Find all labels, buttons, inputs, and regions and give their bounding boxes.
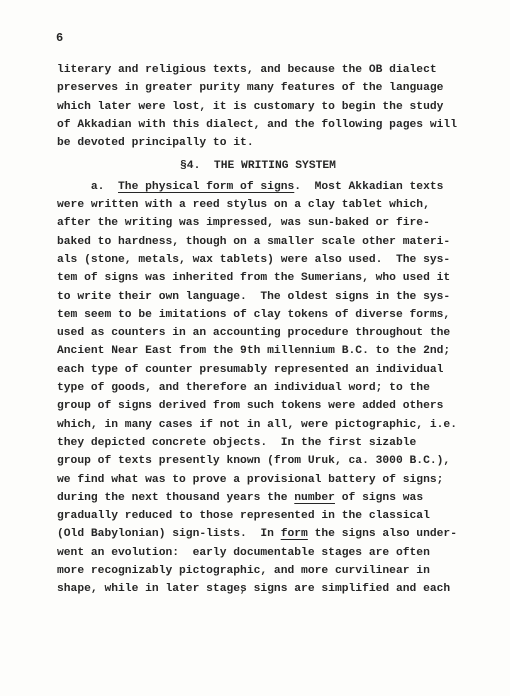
underlined-text: number [294, 492, 335, 504]
underlined-text: The physical form of signs [118, 181, 294, 193]
text-line: which, in many cases if not in all, were… [57, 416, 459, 434]
text-line: went an evolution: early documentable st… [57, 544, 459, 562]
text-line: to write their own language. The oldest … [57, 288, 459, 306]
text-line: literary and religious texts, and becaus… [57, 61, 459, 79]
text-line: each type of counter presumably represen… [57, 361, 459, 379]
text-line: tem of signs was inherited from the Sume… [57, 269, 459, 287]
text-line: they depicted concrete objects. In the f… [57, 434, 459, 452]
text-line: baked to hardness, though on a smaller s… [57, 233, 459, 251]
scanned-book-page: 6 literary and religious texts, and beca… [0, 0, 510, 696]
text-line: (Old Babylonian) sign-lists. In form the… [57, 525, 459, 543]
text-line: were written with a reed stylus on a cla… [57, 196, 459, 214]
text-line: after the writing was impressed, was sun… [57, 214, 459, 232]
text-line: group of signs derived from such tokens … [57, 397, 459, 415]
text-line: used as counters in an accounting proced… [57, 324, 459, 342]
text-line: tem seem to be imitations of clay tokens… [57, 306, 459, 324]
text-line: Ancient Near East from the 9th millenniu… [57, 342, 459, 360]
text-line: be devoted principally to it. [57, 134, 459, 152]
text-line: more recognizably pictographic, and more… [57, 562, 459, 580]
underlined-text: form [281, 528, 308, 540]
text-line: shape, while in later stages signs are s… [57, 580, 459, 598]
scan-artifact-mark: , [240, 585, 246, 596]
text-line: als (stone, metals, wax tablets) were al… [57, 251, 459, 269]
text-line: a. The physical form of signs. Most Akka… [57, 178, 459, 196]
text-line: of Akkadian with this dialect, and the f… [57, 116, 459, 134]
text-line: gradually reduced to those represented i… [57, 507, 459, 525]
text-line: group of texts presently known (from Uru… [57, 452, 459, 470]
body-text: literary and religious texts, and becaus… [57, 61, 459, 599]
text-line: type of goods, and therefore an individu… [57, 379, 459, 397]
text-line: preserves in greater purity many feature… [57, 79, 459, 97]
text-line: we find what was to prove a provisional … [57, 471, 459, 489]
section-heading: §4. THE WRITING SYSTEM [57, 157, 459, 175]
text-line: which later were lost, it is customary t… [57, 98, 459, 116]
text-line: during the next thousand years the numbe… [57, 489, 459, 507]
page-number: 6 [56, 31, 63, 45]
